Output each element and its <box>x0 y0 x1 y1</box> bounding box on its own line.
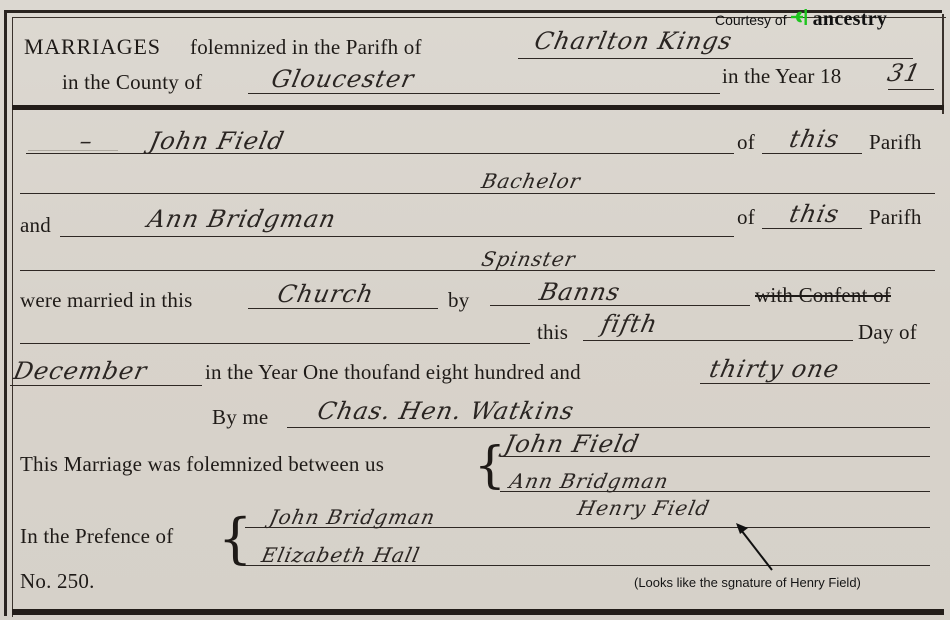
bride-condition: Spinster <box>479 246 578 272</box>
witness-1: John Bridgman <box>267 504 438 530</box>
by-me-label: By me <box>212 405 268 429</box>
and-label: and <box>20 213 51 237</box>
witness-2: Elizabeth Hall <box>259 542 422 568</box>
bride-signature: Ann Bridgman <box>507 468 671 494</box>
annotation-arrow-icon <box>730 520 780 575</box>
county-line <box>248 93 720 94</box>
officiant-line <box>287 427 930 428</box>
month-line <box>10 385 202 386</box>
right-border <box>942 14 944 114</box>
parish-line <box>518 58 913 59</box>
bride-condition-line <box>20 270 935 271</box>
by-value: Banns <box>537 279 623 305</box>
groom-parish-line <box>762 153 862 154</box>
bride-parish-line <box>762 228 862 229</box>
year-words-value: thirty one <box>707 356 842 382</box>
marriage-register-page: Courtesy of ancestry MARRIAGES folemnize… <box>0 0 950 620</box>
bride-of-label: of <box>737 205 755 229</box>
bottom-divider <box>12 609 944 615</box>
day-prefix-line <box>20 343 530 344</box>
annotation-note: (Looks like the sgnature of Henry Field) <box>634 575 861 590</box>
watermark-brand: ancestry <box>813 8 888 31</box>
year-line <box>888 89 934 90</box>
married-in-value: Church <box>275 281 376 307</box>
by-label: by <box>448 288 469 312</box>
faint-ghost-line <box>28 150 118 151</box>
groom-signature: John Field <box>502 431 642 457</box>
bride-name: Ann Bridgman <box>145 206 338 232</box>
month-value: December <box>11 358 149 384</box>
header-divider <box>12 105 944 110</box>
header-solemnized-text: folemnized in the Parifh of <box>190 35 422 59</box>
year-phrase: in the Year One thoufand eight hundred a… <box>205 360 581 384</box>
groom-name: John Field <box>147 128 287 154</box>
ancestry-leaf-icon <box>790 8 810 31</box>
county-value: Gloucester <box>269 66 417 92</box>
witness-brace: { <box>218 512 252 566</box>
header-marriages: MARRIAGES <box>24 35 161 59</box>
ancestry-watermark: Courtesy of ancestry <box>715 8 887 31</box>
day-value: fifth <box>599 311 660 337</box>
day-line <box>583 340 853 341</box>
header-county-label: in the County of <box>62 70 202 94</box>
married-in-label: were married in this <box>20 288 193 312</box>
extra-signature: Henry Field <box>575 495 712 521</box>
by-line <box>490 305 750 306</box>
groom-name-line <box>26 153 734 154</box>
year-label: in the Year 18 <box>722 64 841 88</box>
signature-brace: { <box>474 440 506 490</box>
groom-of-label: of <box>737 130 755 154</box>
groom-parish-value: this <box>787 126 842 152</box>
married-in-line <box>248 308 438 309</box>
year-words-line <box>700 383 930 384</box>
day-of-label: Day of <box>858 320 917 344</box>
bride-parish-value: this <box>787 201 842 227</box>
consent-struck-text: with Confent of <box>755 283 891 307</box>
entry-number: No. 250. <box>20 569 95 593</box>
groom-condition: Bachelor <box>479 168 583 194</box>
bride-parish-label: Parifh <box>869 205 922 229</box>
watermark-prefix: Courtesy of <box>715 12 787 28</box>
presence-label: In the Prefence of <box>20 524 173 548</box>
groom-parish-label: Parifh <box>869 130 922 154</box>
year-value: 31 <box>885 60 923 86</box>
groom-condition-line <box>20 193 935 194</box>
parish-value: Charlton Kings <box>532 28 735 54</box>
this-label: this <box>537 320 568 344</box>
bride-name-line <box>60 236 734 237</box>
solemnized-label: This Marriage was folemnized between us <box>20 452 384 476</box>
officiant-value: Chas. Hen. Watkins <box>315 398 577 424</box>
